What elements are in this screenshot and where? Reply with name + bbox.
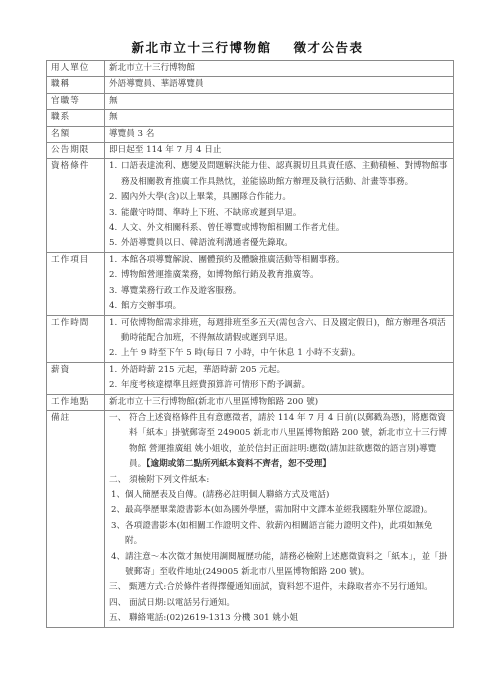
label-quota: 名額 <box>47 126 105 142</box>
row-quota: 名額 導覽員 3 名 <box>47 126 454 142</box>
label-period: 公告期限 <box>47 143 105 159</box>
page-title: 新北市立十三行博物館徵才公告表 <box>0 38 495 56</box>
value-qualifications: 1.口語表達流利、應變及問題解決能力佳、認真親切且具責任感、主動積極、對博物館事… <box>105 159 454 252</box>
doc-title: 徵才公告表 <box>294 40 364 55</box>
value-position: 外語導覽員、華語導覽員 <box>105 77 454 93</box>
note-emphasis: 【逾期或第二點所列紙本資料不齊者，恕不受理】 <box>146 459 331 469</box>
row-period: 公告期限 即日起至 114 年 7 月 4 日止 <box>47 143 454 159</box>
value-series: 無 <box>105 110 454 126</box>
value-hours: 1.可依博物館需求排班，每週排班至多五天(需包含六、日及國定假日)，館方辦理各項… <box>105 315 454 362</box>
list-item: 2、最高學歷畢業證書影本(如為國外學歷，需加附中文譯本並經我國駐外單位認證)。 <box>109 503 449 518</box>
label-unit: 用人單位 <box>47 61 105 77</box>
row-notes: 備註 一、 符合上述資格條件且有意應徵者，請於 114 年 7 月 4 日前(以… <box>47 410 454 627</box>
note-three: 三、 甄選方式:合於條件者得擇優通知面試，資料恕不退件，未錄取者亦不另行通知。 <box>109 580 449 595</box>
value-salary: 1.外語時薪 215 元起，華語時薪 205 元起。 2.年度考核達標準且經費預… <box>105 362 454 394</box>
label-notes: 備註 <box>47 410 105 627</box>
row-location: 工作地點 新北市立十三行博物館(新北市八里區博物館路 200 號) <box>47 394 454 410</box>
list-item: 5.外語導覽員以日、韓語流利溝通者優先錄取。 <box>109 236 449 251</box>
list-item: 2.年度考核達標準且經費預算許可情形下酌予調薪。 <box>109 378 449 393</box>
label-position: 職稱 <box>47 77 105 93</box>
list-item: 3.導覽業務行政工作及遊客服務。 <box>109 284 449 299</box>
label-duties: 工作項目 <box>47 252 105 315</box>
label-salary: 薪資 <box>47 362 105 394</box>
list-item: 2.上午 9 時至下午 5 時(每日 7 小時，中午休息 1 小時不支薪)。 <box>109 346 449 361</box>
museum-name: 新北市立十三行博物館 <box>131 40 271 55</box>
row-position: 職稱 外語導覽員、華語導覽員 <box>47 77 454 93</box>
note-four: 四、 面試日期:以電話另行通知。 <box>109 596 449 611</box>
list-item: 1.口語表達流利、應變及問題解決能力佳、認真親切且具責任感、主動積極、對博物館事… <box>109 159 449 190</box>
list-item: 3、各項證書影本(如相關工作證明文件、敘薪內相關語言能力證明文件)，此項如無免附… <box>109 519 449 550</box>
row-hours: 工作時間 1.可依博物館需求排班，每週排班至多五天(需包含六、日及國定假日)，館… <box>47 315 454 362</box>
list-item: 4.人文、外文相關科系、曾任導覽或博物館相關工作者尤佳。 <box>109 221 449 236</box>
list-item: 1.可依博物館需求排班，每週排班至多五天(需包含六、日及國定假日)，館方辦理各項… <box>109 316 449 347</box>
row-unit: 用人單位 新北市立十三行博物館 <box>47 61 454 77</box>
value-quota: 導覽員 3 名 <box>105 126 454 142</box>
value-location: 新北市立十三行博物館(新北市八里區博物館路 200 號) <box>105 394 454 410</box>
list-item: 1、個人簡歷表及自傳。(請務必註明個人聯絡方式及電話) <box>109 488 449 503</box>
row-duties: 工作項目 1.本館各項導覽解說、團體預約及體驗推廣活動等相關事務。 2.博物館營… <box>47 252 454 315</box>
list-item: 1.外語時薪 215 元起，華語時薪 205 元起。 <box>109 363 449 378</box>
label-grade: 官職等 <box>47 93 105 109</box>
list-item: 2.博物館營運推廣業務，如博物館行銷及教育推廣等。 <box>109 268 449 283</box>
list-item: 3.能嚴守時間、準時上下班、不缺席或遲到早退。 <box>109 206 449 221</box>
row-grade: 官職等 無 <box>47 93 454 109</box>
value-notes: 一、 符合上述資格條件且有意應徵者，請於 114 年 7 月 4 日前(以郵戳為… <box>105 410 454 627</box>
label-qualifications: 資格條件 <box>47 159 105 252</box>
note-five: 五、 聯絡電話:(02)2619-1313 分機 301 姚小姐 <box>109 611 449 626</box>
row-series: 職系 無 <box>47 110 454 126</box>
row-salary: 薪資 1.外語時薪 215 元起，華語時薪 205 元起。 2.年度考核達標準且… <box>47 362 454 394</box>
list-item: 4、請注意～本次徵才無使用調閱履歷功能，請務必檢附上述應徵資料之「紙本」，並「掛… <box>109 550 449 581</box>
note-one: 一、 符合上述資格條件且有意應徵者，請於 114 年 7 月 4 日前(以郵戳為… <box>109 411 449 473</box>
list-item: 4.館方交辦事項。 <box>109 299 449 314</box>
value-grade: 無 <box>105 93 454 109</box>
list-item: 2.國內外大學(含)以上畢業，具團隊合作能力。 <box>109 190 449 205</box>
value-unit: 新北市立十三行博物館 <box>105 61 454 77</box>
note-two: 二、 須檢附下列文件紙本: <box>109 473 449 488</box>
value-period: 即日起至 114 年 7 月 4 日止 <box>105 143 454 159</box>
label-location: 工作地點 <box>47 394 105 410</box>
label-hours: 工作時間 <box>47 315 105 362</box>
row-qualifications: 資格條件 1.口語表達流利、應變及問題解決能力佳、認真親切且具責任感、主動積極、… <box>47 159 454 252</box>
recruitment-table: 用人單位 新北市立十三行博物館 職稱 外語導覽員、華語導覽員 官職等 無 職系 … <box>46 60 454 628</box>
list-item: 1.本館各項導覽解說、團體預約及體驗推廣活動等相關事務。 <box>109 253 449 268</box>
label-series: 職系 <box>47 110 105 126</box>
value-duties: 1.本館各項導覽解說、團體預約及體驗推廣活動等相關事務。 2.博物館營運推廣業務… <box>105 252 454 315</box>
